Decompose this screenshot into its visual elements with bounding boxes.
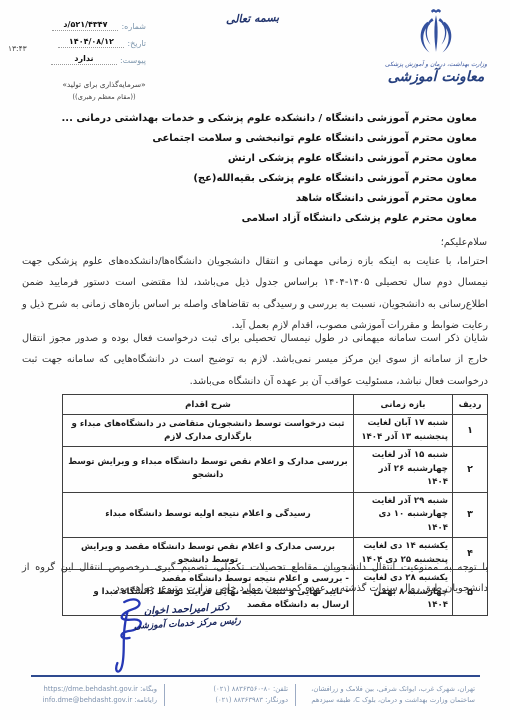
recipient-line: معاون محترم آموزشی دانشگاه علوم توانبخشی… xyxy=(30,129,477,149)
period-cell: شنبه ۱۵ آذر لغایت چهارشنبه ۲۶ آذر ۱۴۰۴ xyxy=(354,447,453,493)
period-cell: شنبه ۲۹ آذر لغایت چهارشنبه ۱۰ دی ۱۴۰۴ xyxy=(354,492,453,538)
phone-label: تلفن: xyxy=(273,685,288,693)
email-value: info.dme@behdasht.gov.ir xyxy=(43,695,132,706)
website-row: وبگاه: https://dme.behdasht.gov.ir xyxy=(31,684,157,695)
attachment-value: ندارد xyxy=(51,54,117,65)
signature-text: دکتر امیراحمد اخوان رئیس مرکز خدمات آموز… xyxy=(121,601,252,633)
ministry-name: وزارت بهداشت، درمان و آموزش پزشکی xyxy=(378,61,494,68)
action-cell: ثبت درخواست توسط دانشجویان متقاضی در دان… xyxy=(63,415,354,447)
besmele-calligraphy: بسمه تعالی xyxy=(195,10,310,27)
ref-date-row: تاریخ: ۱۴۰۴/۰۸/۱۲ xyxy=(50,37,146,48)
paragraph-postgraduate-note: با توجه به ممنوعیت انتقال دانشجویان مقاط… xyxy=(22,557,488,600)
address-line-2: ساختمان وزارت بهداشت و درمان، بلوک C، طب… xyxy=(303,695,475,706)
paragraph-system-note: شایان ذکر است سامانه میهمانی در طول نیمس… xyxy=(22,328,488,392)
footer-separator xyxy=(295,684,296,706)
header-action: شرح اقدام xyxy=(63,395,354,415)
fax-label: دورنگار: xyxy=(265,696,288,704)
iran-emblem-icon xyxy=(413,6,459,59)
ref-number-row: شماره: ۵۲۱/۴۳۴۷/د xyxy=(50,20,146,31)
period-cell: شنبه ۱۷ آبان لغایت پنجشنبه ۱۳ آذر ۱۴۰۴ xyxy=(354,415,453,447)
table-row: ۱شنبه ۱۷ آبان لغایت پنجشنبه ۱۳ آذر ۱۴۰۴ث… xyxy=(63,415,488,447)
footer: تهران، شهرک غرب، ایوانک شرقی، بین فلامک … xyxy=(24,684,482,706)
year-slogan: «سرمایه‌گذاری برای تولید» ((مقام معظم ره… xyxy=(46,80,162,101)
recipient-line: معاون محترم آموزشی دانشگاه علوم پزشکی بق… xyxy=(30,169,477,189)
phone-row: تلفن: (۰۲۱) ۸۸۳۶۳۵۶۰-۸۰ xyxy=(172,684,288,695)
deputy-name: معاونت آموزشی xyxy=(378,69,494,85)
number-value: ۵۲۱/۴۳۴۷/د xyxy=(52,20,118,31)
recipient-line: معاون محترم آموزشی دانشگاه علوم پزشکی ار… xyxy=(30,149,477,169)
slogan-text: «سرمایه‌گذاری برای تولید» xyxy=(46,80,162,89)
ministry-logo: وزارت بهداشت، درمان و آموزش پزشکی معاونت… xyxy=(378,6,494,85)
footer-divider-rule xyxy=(31,675,480,677)
salutation: سلام‌علیکم؛ xyxy=(441,237,487,248)
action-cell: بررسی مدارک و اعلام نقص توسط دانشگاه مبد… xyxy=(63,447,354,493)
date-label: تاریخ: xyxy=(127,39,146,48)
email-row: رایانامه: info.dme@behdasht.gov.ir xyxy=(31,695,157,706)
header-row-number: ردیف xyxy=(453,395,488,415)
recipient-line: معاون محترم آموزشی دانشگاه شاهد xyxy=(30,189,477,209)
row-number-cell: ۲ xyxy=(453,447,488,493)
recipient-line: معاون محترم علوم پزشکی دانشگاه آزاد اسلا… xyxy=(30,209,477,229)
signature-block: دکتر امیراحمد اخوان رئیس مرکز خدمات آموز… xyxy=(80,596,255,676)
signer-title: رئیس مرکز خدمات آموزشی xyxy=(122,616,252,633)
recipient-line: معاون محترم آموزشی دانشگاه / دانشکده علو… xyxy=(30,109,477,129)
footer-address: تهران، شهرک غرب، ایوانک شرقی، بین فلامک … xyxy=(296,684,482,706)
table-row: ۳شنبه ۲۹ آذر لغایت چهارشنبه ۱۰ دی ۱۴۰۴رس… xyxy=(63,492,488,538)
table-header-row: ردیف بازه زمانی شرح اقدام xyxy=(63,395,488,415)
email-label: رایانامه: xyxy=(134,696,157,704)
address-line-1: تهران، شهرک غرب، ایوانک شرقی، بین فلامک … xyxy=(303,684,475,695)
slogan-attribution: ((مقام معظم رهبری)) xyxy=(46,93,162,101)
footer-separator xyxy=(164,684,165,706)
recipients: معاون محترم آموزشی دانشگاه / دانشکده علو… xyxy=(30,109,477,228)
print-time: ۱۳:۴۳ xyxy=(8,44,27,53)
ref-attachment-row: پیوست: ندارد xyxy=(50,54,146,65)
number-label: شماره: xyxy=(121,22,146,31)
table-row: ۲شنبه ۱۵ آذر لغایت چهارشنبه ۲۶ آذر ۱۴۰۴ب… xyxy=(63,447,488,493)
footer-contact: تلفن: (۰۲۱) ۸۸۳۶۳۵۶۰-۸۰ دورنگار: (۰۲۱) ۸… xyxy=(165,684,295,706)
action-cell: رسیدگی و اعلام نتیجه اولیه توسط دانشگاه … xyxy=(63,492,354,538)
attachment-label: پیوست: xyxy=(120,56,146,65)
website-value: https://dme.behdasht.gov.ir xyxy=(44,684,138,695)
website-label: وبگاه: xyxy=(140,685,157,693)
paragraph-intro: احتراما، با عنایت به اینکه بازه زمانی مه… xyxy=(22,251,488,337)
fax-value: (۰۲۱) ۸۸۳۶۳۹۸۳ xyxy=(215,695,263,706)
letter-page: بسمه تعالی وزارت بهداشت، درمان و آموزش پ… xyxy=(0,0,510,720)
fax-row: دورنگار: (۰۲۱) ۸۸۳۶۳۹۸۳ xyxy=(172,695,288,706)
header-period: بازه زمانی xyxy=(354,395,453,415)
row-number-cell: ۱ xyxy=(453,415,488,447)
date-value: ۱۴۰۴/۰۸/۱۲ xyxy=(58,37,124,48)
row-number-cell: ۳ xyxy=(453,492,488,538)
phone-value: (۰۲۱) ۸۸۳۶۳۵۶۰-۸۰ xyxy=(213,684,270,695)
footer-web: وبگاه: https://dme.behdasht.gov.ir رایان… xyxy=(24,684,164,706)
reference-block: شماره: ۵۲۱/۴۳۴۷/د تاریخ: ۱۴۰۴/۰۸/۱۲ پیوس… xyxy=(50,20,146,71)
